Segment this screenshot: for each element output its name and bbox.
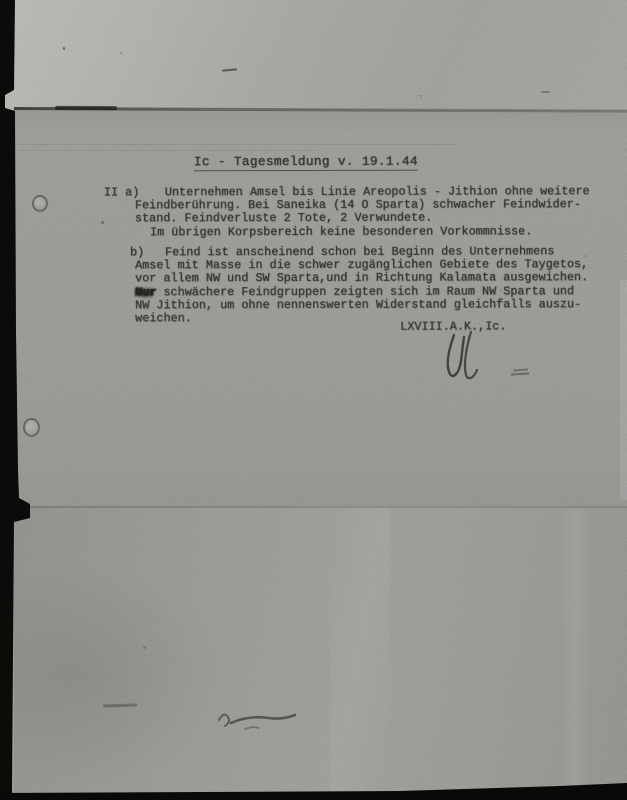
overstruck-word: Nur: [135, 285, 156, 299]
report-line: NW Jithion, um ohne nennenswerten Widers…: [135, 298, 581, 312]
page-title: Ic - Tagesmeldung v. 19.1.44: [194, 155, 418, 172]
report-line: stand. Feindverluste 2 Tote, 2 Verwundet…: [135, 212, 432, 226]
dust-speck: [500, 290, 502, 292]
punch-hole-bottom: [23, 418, 40, 437]
dust-speck: [585, 255, 587, 257]
light-streak: [560, 510, 590, 790]
dot-mark: [101, 221, 104, 224]
report-text-block: Ic - Tagesmeldung v. 19.1.44 II a) Unter…: [0, 0, 627, 421]
scanned-document-photo: Ic - Tagesmeldung v. 19.1.44 II a) Unter…: [0, 0, 627, 800]
punch-hole-top: [32, 195, 48, 212]
light-streak: [330, 508, 390, 794]
shadow-area: [14, 560, 234, 790]
handwritten-initial: [440, 331, 488, 383]
page-overlap-edge: [14, 506, 627, 508]
report-line: Im übrigen Korpsbereich keine besonderen…: [150, 225, 532, 239]
dust-speck: [120, 52, 122, 54]
pencil-dash-mark: [541, 91, 550, 93]
report-line: vor allem NW und SW Sparta,und in Richtu…: [135, 271, 588, 285]
dust-speck: [420, 95, 422, 97]
page-edge-highlight: [620, 280, 627, 500]
report-line: weichen.: [135, 312, 192, 325]
dust-speck: [63, 47, 65, 50]
